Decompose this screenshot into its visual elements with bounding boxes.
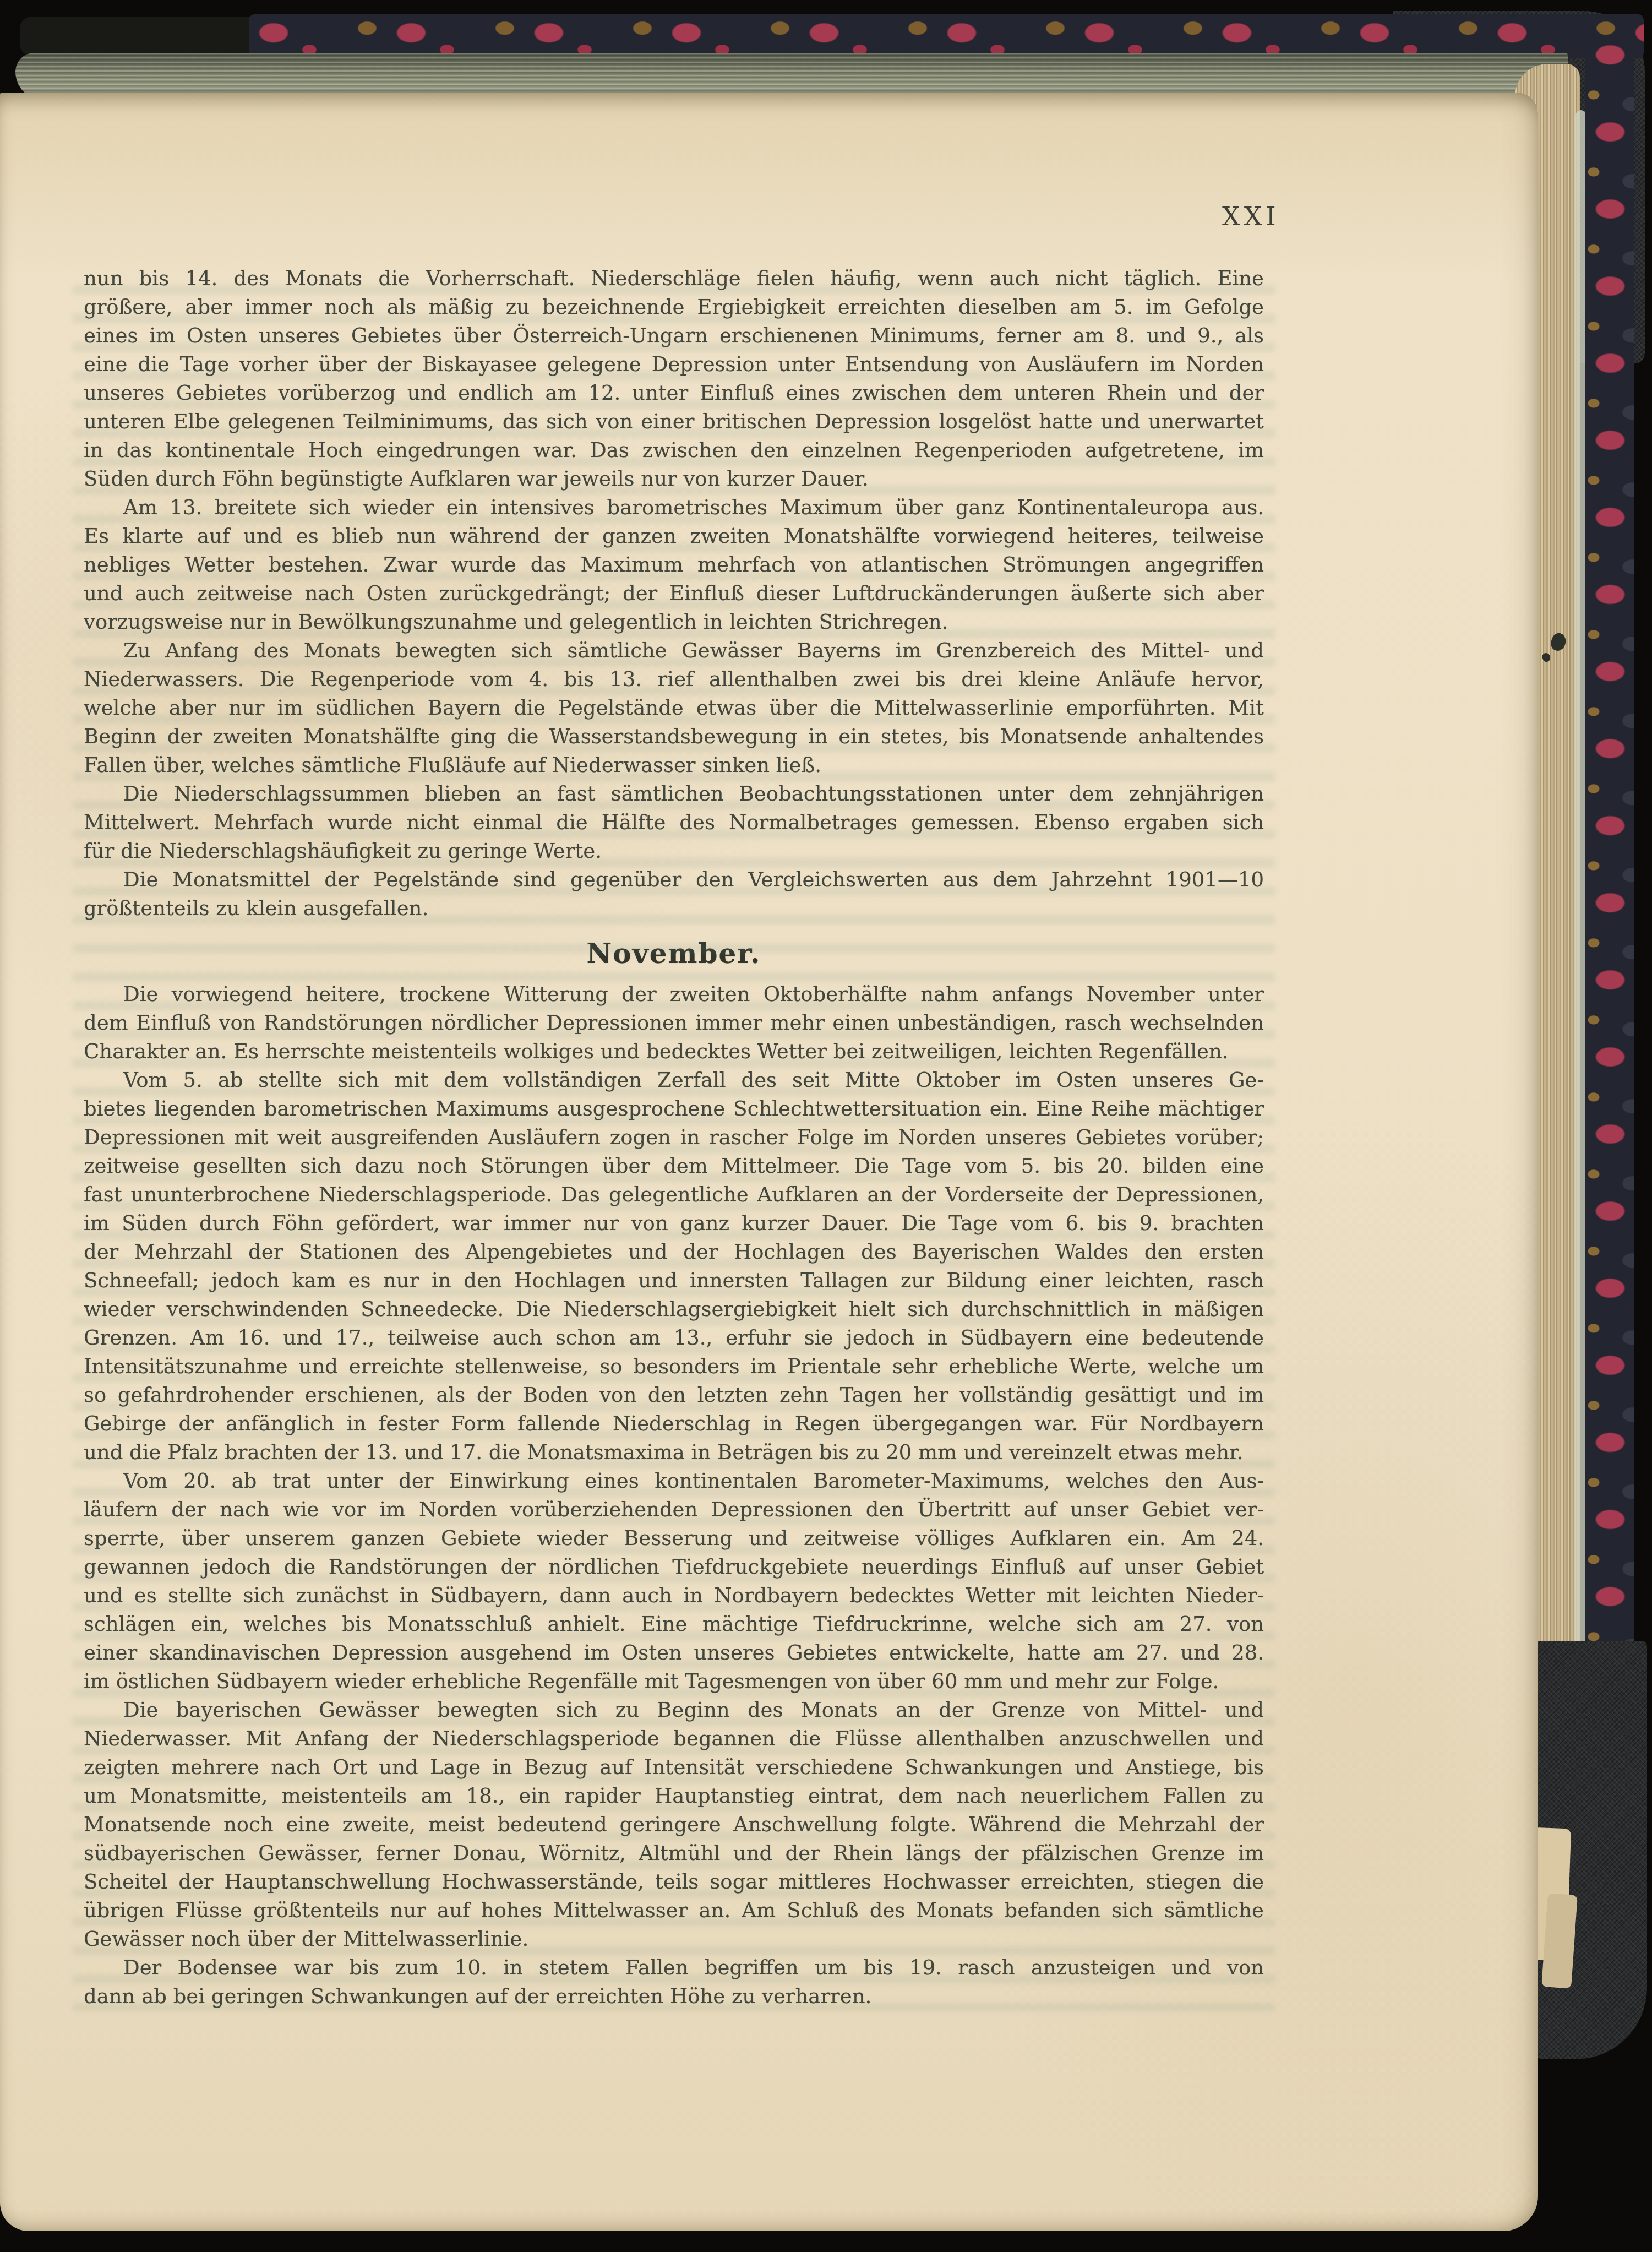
text-line: Gewässer noch über der Mittelwasserlinie… [84, 1925, 1264, 1954]
paragraph: Die Monatsmittel der Pegelstände sind ge… [84, 866, 1264, 923]
text-line: Fallen über, welches sämtliche Flußläufe… [84, 751, 1264, 780]
text-line: südbayerischen Gewässer, ferner Donau, W… [84, 1839, 1264, 1868]
text-line: zeigten mehrere nach Ort und Lage in Bez… [84, 1753, 1264, 1782]
book-edge-shadow-top-left [20, 17, 257, 56]
text-line: Depressionen mit weit ausgreifenden Ausl… [84, 1123, 1264, 1152]
paragraph: Zu Anfang des Monats bewegten sich sämtl… [84, 637, 1264, 780]
text-line: Der Bodensee war bis zum 10. in stetem F… [84, 1954, 1264, 1982]
book-page: XXI nun bis 14. des Monats die Vorherrsc… [0, 93, 1538, 2231]
text-line: Grenzen. Am 16. und 17., teilweise auch … [84, 1324, 1264, 1352]
text-line: schlägen ein, welches bis Monatsschluß a… [84, 1610, 1264, 1639]
paragraph: Die bayerischen Gewässer bewegten sich z… [84, 1696, 1264, 1954]
text-line: gewannen jedoch die Randstörungen der nö… [84, 1553, 1264, 1581]
text-line: und auch zeitweise nach Osten zurückgedr… [84, 579, 1264, 608]
paragraph-group-october: nun bis 14. des Monats die Vorherrschaft… [84, 264, 1264, 923]
text-line: für die Niederschlagshäufigkeit zu gerin… [84, 837, 1264, 866]
text-line: Zu Anfang des Monats bewegten sich sämtl… [84, 637, 1264, 665]
text-line: Gebirge der anfänglich in fester Form fa… [84, 1410, 1264, 1438]
text-block: nun bis 14. des Monats die Vorherrschaft… [84, 264, 1264, 2011]
paragraph: Die Niederschlagssummen blieben an fast … [84, 780, 1264, 866]
text-line: Monatsende noch eine zweite, meist bedeu… [84, 1810, 1264, 1839]
paragraph: nun bis 14. des Monats die Vorherrschaft… [84, 264, 1264, 493]
text-line: Vom 20. ab trat unter der Einwirkung ein… [84, 1467, 1264, 1495]
text-line: sperrte, über unserem ganzen Gebiete wie… [84, 1524, 1264, 1553]
text-line: Charakter an. Es herrschte meistenteils … [84, 1037, 1264, 1066]
text-line: eines im Osten unseres Gebietes über Öst… [84, 322, 1264, 350]
text-line: in das kontinentale Hoch eingedrungen wa… [84, 436, 1264, 465]
text-line: Die Niederschlagssummen blieben an fast … [84, 780, 1264, 808]
page-number: XXI [1222, 202, 1280, 231]
text-line: unseres Gebietes vorüberzog und endlich … [84, 379, 1264, 407]
paragraph: Vom 20. ab trat unter der Einwirkung ein… [84, 1467, 1264, 1696]
text-line: Mittelwert. Mehrfach wurde nicht einmal … [84, 808, 1264, 837]
text-line: Niederwassers. Die Regenperiode vom 4. b… [84, 665, 1264, 694]
marbled-endpaper-right [1585, 36, 1634, 1705]
text-line: fast ununterbrochene Niederschlagsperiod… [84, 1181, 1264, 1209]
paragraph: Der Bodensee war bis zum 10. in stetem F… [84, 1954, 1264, 2011]
text-line: um Monatsmitte, meistenteils am 18., ein… [84, 1782, 1264, 1810]
text-line: Die Monatsmittel der Pegelstände sind ge… [84, 866, 1264, 894]
text-line: läufern der nach wie vor im Norden vorüb… [84, 1495, 1264, 1524]
text-line: wieder verschwindenden Schneedecke. Die … [84, 1295, 1264, 1324]
text-line: nebliges Wetter bestehen. Zwar wurde das… [84, 551, 1264, 579]
text-line: vorzugsweise nur in Bewölkungszunahme un… [84, 608, 1264, 637]
text-line: nun bis 14. des Monats die Vorherrschaft… [84, 264, 1264, 293]
text-line: im östlichen Südbayern wieder erhebliche… [84, 1667, 1264, 1696]
text-line: Beginn der zweiten Monatshälfte ging die… [84, 722, 1264, 751]
text-line: Scheitel der Hauptanschwellung Hochwasse… [84, 1868, 1264, 1896]
text-line: der Mehrzahl der Stationen des Alpengebi… [84, 1238, 1264, 1266]
paragraph: Am 13. breitete sich wieder ein intensiv… [84, 493, 1264, 637]
text-line: Süden durch Föhn begünstigte Aufklaren w… [84, 465, 1264, 493]
paragraph: Die vorwiegend heitere, trockene Witteru… [84, 980, 1264, 1066]
text-line: einer skandinavischen Depression ausgehe… [84, 1639, 1264, 1667]
text-line: Niederwasser. Mit Anfang der Niederschla… [84, 1725, 1264, 1753]
text-line: zeitweise gesellten sich dazu noch Störu… [84, 1152, 1264, 1181]
book-photo: { "content": { "page_number": "XXI", "he… [0, 0, 1652, 2252]
text-line: so gefahrdrohender erschienen, als der B… [84, 1381, 1264, 1410]
text-line: dann ab bei geringen Schwankungen auf de… [84, 1982, 1264, 2011]
text-line: Vom 5. ab stellte sich mit dem vollständ… [84, 1066, 1264, 1095]
text-line: Intensitätszunahme und erreichte stellen… [84, 1352, 1264, 1381]
text-line: unteren Elbe gelegenen Teilminimums, das… [84, 407, 1264, 436]
text-line: Die vorwiegend heitere, trockene Witteru… [84, 980, 1264, 1009]
text-line: welche aber nur im südlichen Bayern die … [84, 694, 1264, 722]
paragraph: Vom 5. ab stellte sich mit dem vollständ… [84, 1066, 1264, 1467]
text-line: und es stellte sich zunächst in Südbayer… [84, 1581, 1264, 1610]
paragraph-group-november: Die vorwiegend heitere, trockene Witteru… [84, 980, 1264, 2011]
text-line: Die bayerischen Gewässer bewegten sich z… [84, 1696, 1264, 1725]
text-line: im Süden durch Föhn gefördert, war immer… [84, 1209, 1264, 1238]
text-line: Schneefall; jedoch kam es nur in den Hoc… [84, 1266, 1264, 1295]
marbled-endpaper-top [249, 14, 1644, 58]
endpaper-sliver [1575, 110, 1586, 1905]
section-heading-november: November. [84, 938, 1264, 969]
text-line: eine die Tage vorher über der Biskayasee… [84, 350, 1264, 379]
text-line: bietes liegenden barometrischen Maximums… [84, 1095, 1264, 1123]
text-line: und die Pfalz brachten der 13. und 17. d… [84, 1438, 1264, 1467]
text-line: Es klarte auf und es blieb nun während d… [84, 522, 1264, 551]
text-line: übrigen Flüsse größtenteils nur auf hohe… [84, 1896, 1264, 1925]
text-line: dem Einfluß von Randstörungen nördlicher… [84, 1009, 1264, 1037]
text-line: Am 13. breitete sich wieder ein intensiv… [84, 493, 1264, 522]
text-line: größere, aber immer noch als mäßig zu be… [84, 293, 1264, 322]
text-line: größtenteils zu klein ausgefallen. [84, 894, 1264, 923]
